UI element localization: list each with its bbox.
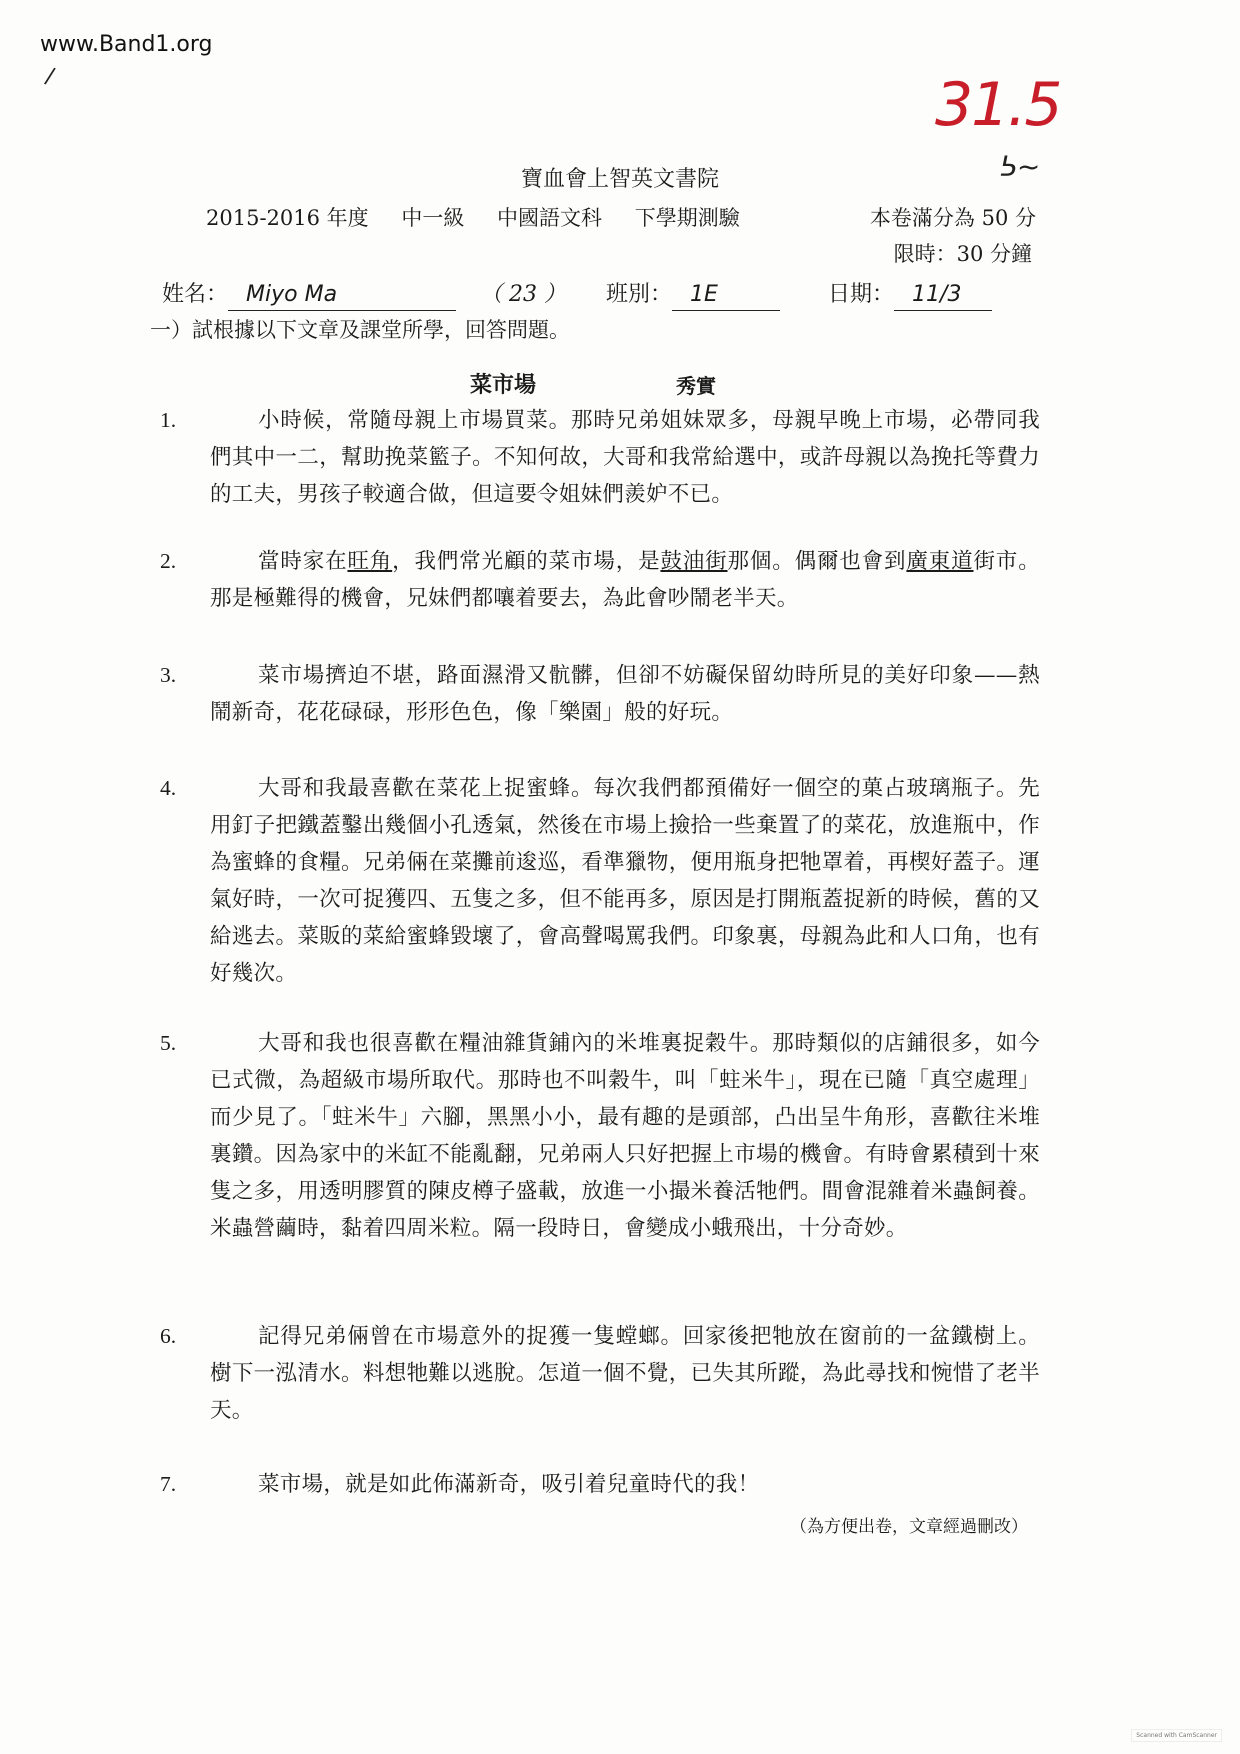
time-limit: 限時：30 分鐘	[894, 238, 1032, 268]
place-name-underlined: 廣東道	[906, 549, 973, 574]
class-field: 1E	[672, 282, 780, 311]
paragraph-1: 1. 小時候，常隨母親上市場買菜。那時兄弟姐妹眾多，母親早晚上市場，必帶同我們其…	[160, 402, 1040, 513]
paragraph-number: 5.	[160, 1025, 200, 1062]
watermark-url: www.Band1.org	[40, 32, 213, 57]
exam-subject: 中國語文科	[497, 206, 602, 230]
paragraph-text: 大哥和我最喜歡在菜花上捉蜜蜂。每次我們都預備好一個空的菓占玻璃瓶子。先用釘子把鐵…	[210, 770, 1040, 992]
student-number: （ 23 ）	[480, 277, 566, 308]
section-instruction: 一）試根據以下文章及課堂所學，回答問題。	[150, 314, 570, 344]
paragraph-3: 3. 菜市場擠迫不堪，路面濕滑又骯髒，但卻不妨礙保留幼時所見的美好印象——熱鬧新…	[160, 657, 1040, 731]
article-author: 秀實	[676, 370, 716, 399]
pen-mark: /	[43, 63, 57, 89]
edit-note: （為方便出卷，文章經過刪改）	[790, 1512, 1028, 1537]
exam-year: 2015-2016 年度	[206, 206, 369, 230]
full-marks: 本卷滿分為 50 分	[870, 202, 1036, 232]
paragraph-text: 當時家在旺角，我們常光顧的菜市場，是鼓油街那個。偶爾也會到廣東道街市。那是極難得…	[210, 543, 1040, 617]
paragraph-4: 4. 大哥和我最喜歡在菜花上捉蜜蜂。每次我們都預備好一個空的菓占玻璃瓶子。先用釘…	[160, 770, 1040, 992]
exam-subtitle: 2015-2016 年度 中一級 中國語文科 下學期測驗 本卷滿分為 50 分	[206, 202, 1036, 232]
text-span: 那個。偶爾也會到	[728, 549, 907, 574]
date-label: 日期：	[828, 277, 894, 308]
scanner-badge: Scanned with CamScanner	[1131, 1729, 1222, 1742]
text-span: 當時家在	[258, 549, 347, 574]
paragraph-number: 6.	[160, 1318, 200, 1355]
paragraph-text: 記得兄弟倆曾在市場意外的捉獲一隻螳螂。回家後把牠放在窗前的一盆鐵樹上。樹下一泓清…	[210, 1318, 1040, 1429]
place-name-underlined: 旺角	[347, 549, 392, 574]
place-name-underlined: 鼓油街	[660, 549, 727, 574]
paragraph-number: 2.	[160, 543, 200, 580]
paragraph-number: 7.	[160, 1466, 200, 1503]
paragraph-7: 7. 菜市場，就是如此佈滿新奇，吸引着兒童時代的我！	[160, 1466, 1040, 1503]
paragraph-text: 大哥和我也很喜歡在糧油雜貨鋪內的米堆裏捉穀牛。那時類似的店鋪很多，如今已式微，為…	[210, 1025, 1040, 1247]
name-label: 姓名：	[162, 277, 228, 308]
paragraph-6: 6. 記得兄弟倆曾在市場意外的捉獲一隻螳螂。回家後把牠放在窗前的一盆鐵樹上。樹下…	[160, 1318, 1040, 1429]
student-info: 姓名： Miyo Ma （ 23 ） 班別： 1E 日期： 11/3	[162, 277, 992, 311]
name-field: Miyo Ma	[228, 282, 456, 311]
exam-term: 下學期測驗	[635, 206, 740, 230]
paragraph-number: 1.	[160, 402, 200, 439]
article-title: 菜市場	[470, 368, 536, 399]
paragraph-text: 菜市場擠迫不堪，路面濕滑又骯髒，但卻不妨礙保留幼時所見的美好印象——熱鬧新奇，花…	[210, 657, 1040, 731]
paragraph-text: 小時候，常隨母親上市場買菜。那時兄弟姐妹眾多，母親早晚上市場，必帶同我們其中一二…	[210, 402, 1040, 513]
date-field: 11/3	[894, 282, 992, 311]
score-mark: 31.5	[935, 70, 1061, 140]
paragraph-5: 5. 大哥和我也很喜歡在糧油雜貨鋪內的米堆裏捉穀牛。那時類似的店鋪很多，如今已式…	[160, 1025, 1040, 1247]
paragraph-text: 菜市場，就是如此佈滿新奇，吸引着兒童時代的我！	[210, 1466, 1040, 1503]
class-label: 班別：	[606, 277, 672, 308]
text-span: ，我們常光顧的菜市場，是	[392, 549, 660, 574]
paragraph-number: 4.	[160, 770, 200, 807]
paragraph-2: 2. 當時家在旺角，我們常光顧的菜市場，是鼓油街那個。偶爾也會到廣東道街市。那是…	[160, 543, 1040, 617]
paragraph-number: 3.	[160, 657, 200, 694]
school-name: 寶血會上智英文書院	[0, 162, 1240, 193]
exam-grade: 中一級	[401, 206, 464, 230]
